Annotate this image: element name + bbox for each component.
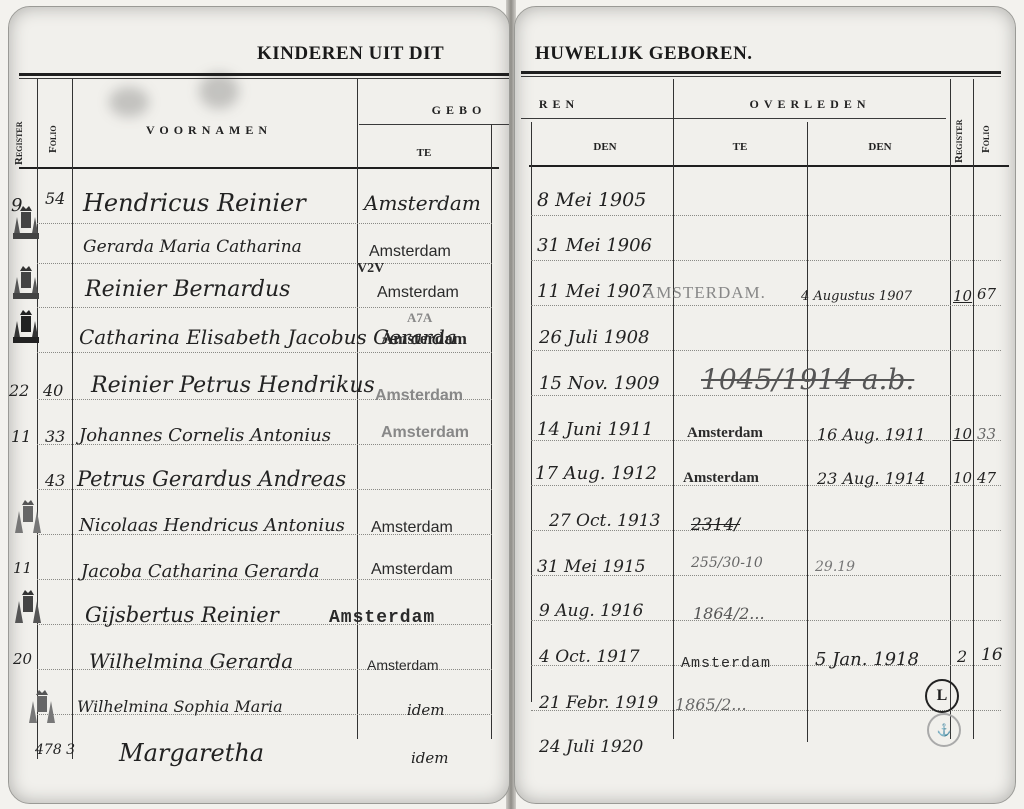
row-line	[531, 215, 1001, 216]
register-value: 22	[9, 381, 29, 400]
birthplace-stamp: Amsterdam	[375, 387, 463, 405]
register-value: 10	[953, 425, 972, 443]
folio-value: 54	[45, 189, 65, 208]
folio-value: 33	[45, 427, 65, 446]
seal-stamp-l: L	[925, 679, 959, 713]
register-value: 2	[957, 647, 967, 666]
birthplace-stamp: Amsterdam	[369, 243, 451, 261]
birth-date-cell: 15 Nov. 1909	[539, 373, 660, 394]
subheader-rule	[521, 118, 946, 119]
death-date-cell: 5 Jan. 1918	[815, 649, 919, 670]
birth-date-cell: 31 Mei 1915	[537, 557, 646, 577]
column-divider	[673, 79, 674, 739]
voornamen-cell: Gijsbertus Reinier	[85, 603, 279, 627]
page-title-right: HUWELIJK GEBOREN.	[535, 43, 753, 65]
crest-stamp-icon	[11, 307, 41, 345]
birthplace-cell: idem	[407, 701, 445, 719]
voornamen-cell: Wilhelmina Gerarda	[89, 649, 293, 673]
death-place-stamp: AMSTERDAM.	[643, 283, 766, 303]
voornamen-cell: Hendricus Reinier	[83, 189, 306, 217]
header-rule-thin	[19, 78, 509, 79]
column-divider	[72, 79, 73, 759]
death-date-cell: 4 Augustus 1907	[801, 289, 912, 304]
birth-date-cell: 9 Aug. 1916	[539, 601, 643, 621]
voornamen-header: VOORNAMEN	[129, 123, 289, 138]
voornamen-cell: Reinier Petrus Hendrikus	[91, 373, 375, 398]
column-divider	[357, 79, 358, 739]
row-line	[531, 260, 1001, 261]
overleden-header: OVERLEDEN	[695, 97, 925, 112]
birth-date-cell: 11 Mei 1907	[537, 281, 652, 302]
voornamen-cell: Margaretha	[119, 739, 264, 767]
overleden-te-header: TE	[695, 141, 785, 153]
folio-value: 33	[977, 425, 996, 443]
column-divider	[950, 79, 951, 739]
birthplace-stamp: Amsterdam	[381, 424, 469, 442]
row-line	[531, 350, 1001, 351]
death-register-note: 255/30-10	[691, 555, 763, 571]
register-header: Register	[13, 95, 25, 165]
death-place-stamp: Amsterdam	[683, 470, 759, 487]
crest-stamp-icon	[13, 497, 43, 535]
header-rule	[521, 71, 1001, 74]
register-value: 10	[953, 287, 972, 305]
death-date-cell: 16 Aug. 1911	[817, 425, 925, 444]
stamp-mark: A7A	[407, 310, 432, 326]
crest-stamp-icon	[11, 263, 41, 301]
register-value: 9	[11, 195, 22, 216]
register-value: 11	[13, 559, 32, 577]
voornamen-cell: Wilhelmina Sophia Maria	[77, 697, 283, 716]
death-register-note: 2314/	[691, 515, 740, 535]
gebo-subrule	[359, 124, 509, 125]
birthplace-stamp: Amsterdam	[377, 284, 459, 302]
footer-note: 478 3	[35, 742, 75, 758]
death-register-note: 1045/1914 a.b.	[701, 363, 914, 396]
seal-stamp-faint-icon: ⚓	[927, 713, 961, 747]
voornamen-cell: Nicolaas Hendricus Antonius	[79, 515, 345, 536]
folio-value: 67	[977, 285, 996, 303]
column-divider	[37, 79, 38, 759]
row-line	[531, 485, 1001, 486]
folio-header: Folio	[47, 103, 59, 153]
birth-date-cell: 21 Febr. 1919	[539, 693, 658, 713]
birthplace-stamp: Amsterdam	[371, 519, 453, 537]
voornamen-cell: Jacoba Catharina Gerarda	[81, 561, 320, 582]
folio-value: 43	[45, 471, 65, 490]
voornamen-cell: Gerarda Maria Catharina	[83, 237, 302, 257]
folio-value: 40	[43, 381, 63, 400]
folio-header: Folio	[980, 103, 992, 153]
death-date-cell: 23 Aug. 1914	[817, 469, 925, 488]
register-value: 10	[953, 469, 972, 487]
te-header: TE	[399, 147, 449, 159]
stamp-mark: V2V	[357, 261, 384, 277]
birth-date-cell: 14 Juni 1911	[537, 419, 653, 440]
birth-date-cell: 26 Juli 1908	[539, 327, 649, 348]
overleden-den-header: DEN	[830, 141, 930, 153]
birth-date-cell: 31 Mei 1906	[537, 235, 652, 256]
death-register-note: 1865/2...	[675, 695, 747, 714]
right-page: HUWELIJK GEBOREN. REN OVERLEDEN DEN TE D…	[514, 6, 1016, 804]
row-line	[37, 223, 492, 224]
ren-header: REN	[529, 97, 589, 112]
row-line	[37, 307, 492, 308]
row-line	[37, 352, 492, 353]
birth-date-cell: 17 Aug. 1912	[535, 463, 657, 484]
birth-date-cell: 4 Oct. 1917	[539, 647, 640, 667]
folio-value: 16	[981, 645, 1003, 665]
death-date-cell: 29.19	[815, 559, 855, 575]
death-register-note: 1864/2...	[693, 604, 765, 623]
crest-stamp-icon	[27, 687, 57, 725]
column-divider	[531, 122, 532, 702]
page-title-left: KINDEREN UIT DIT	[257, 43, 444, 65]
ink-smudge	[109, 87, 149, 117]
row-line	[37, 263, 492, 264]
birthplace-cell: Amsterdam	[364, 191, 481, 215]
header-rule-thin	[521, 76, 1001, 77]
death-place-stamp: Amsterdam	[687, 425, 763, 442]
birthplace-stamp: Amsterdam	[381, 329, 467, 349]
birthplace-stamp: Amsterdam	[371, 561, 453, 579]
gebo-header: GEBO	[409, 103, 509, 118]
crest-stamp-icon	[13, 587, 43, 625]
birth-date-cell: 8 Mei 1905	[537, 189, 646, 211]
left-page: KINDEREN UIT DIT Register Folio VOORNAME…	[8, 6, 510, 804]
death-place-stamp: Amsterdam	[681, 655, 771, 672]
birthplace-cell: idem	[411, 749, 449, 767]
header-bottom-rule	[529, 165, 1009, 167]
voornamen-cell: Reinier Bernardus	[85, 277, 290, 302]
voornamen-cell: Petrus Gerardus Andreas	[77, 467, 346, 491]
register-value: 11	[11, 427, 31, 446]
register-header: Register	[953, 93, 965, 163]
header-rule	[19, 73, 509, 76]
column-divider	[491, 124, 492, 739]
voornamen-cell: Johannes Cornelis Antonius	[79, 425, 331, 446]
row-line	[531, 440, 1001, 441]
folio-value: 47	[977, 469, 996, 487]
birth-date-cell: 27 Oct. 1913	[549, 511, 660, 531]
column-divider	[973, 79, 974, 739]
birth-date-cell: 24 Juli 1920	[539, 737, 643, 757]
birthplace-stamp: Amsterdam	[367, 657, 439, 673]
row-line	[531, 305, 1001, 306]
header-bottom-rule	[19, 167, 499, 169]
geboren-den-header: DEN	[555, 141, 655, 153]
register-value: 20	[13, 650, 32, 668]
birthplace-stamp: Amsterdam	[329, 608, 435, 628]
